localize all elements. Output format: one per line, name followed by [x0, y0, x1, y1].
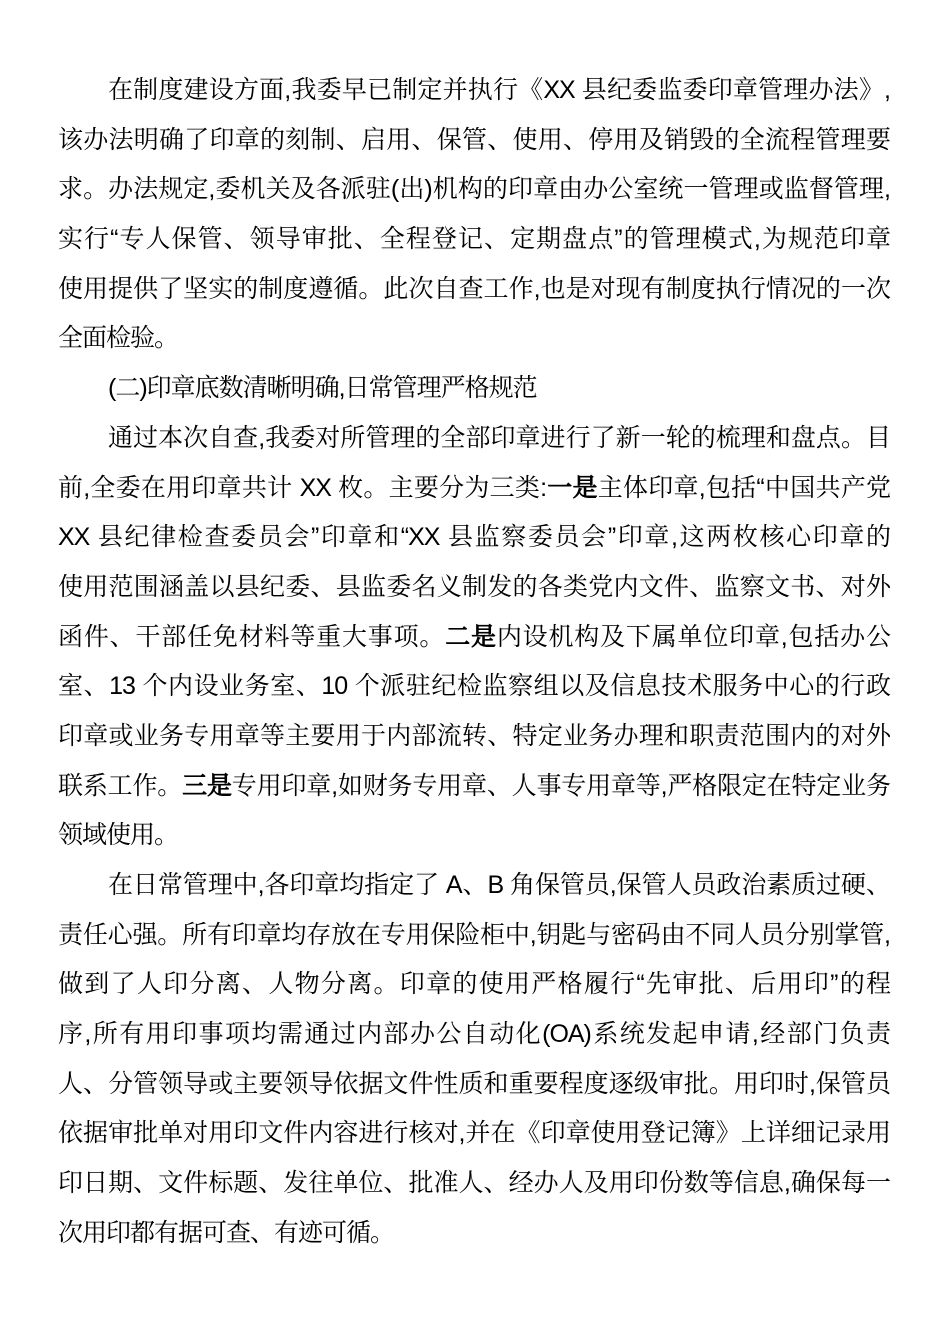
- text-line: 印章或业务专用章等主要用于内部流转、特定业务办理和职责范围内的对外: [58, 712, 890, 762]
- text-segment: 次用印都有据可查、有迹可循。: [58, 1219, 394, 1247]
- text-segment: 领域使用。: [58, 821, 178, 849]
- text-segment: 在制度建设方面,我委早已制定并执行《XX 县纪委监委印章管理办法》,: [108, 76, 890, 104]
- text-segment: 该办法明确了印章的刻制、启用、保管、使用、停用及销毁的全流程管理要: [58, 126, 890, 154]
- text-line: 领域使用。: [58, 811, 890, 861]
- text-line: 在制度建设方面,我委早已制定并执行《XX 县纪委监委印章管理办法》,: [58, 66, 890, 116]
- document-page: 在制度建设方面,我委早已制定并执行《XX 县纪委监委印章管理办法》,该办法明确了…: [0, 0, 950, 1344]
- text-segment: XX 县纪律检查委员会”印章和“XX 县监察委员会”印章,这两枚核心印章的: [58, 523, 890, 551]
- text-segment: 人、分管领导或主要领导依据文件性质和重要程度逐级审批。用印时,保管员: [58, 1070, 890, 1098]
- section-heading: (二)印章底数清晰明确,日常管理严格规范: [58, 364, 890, 414]
- text-line: 在日常管理中,各印章均指定了 A、B 角保管员,保管人员政治素质过硬、: [58, 861, 890, 911]
- text-line: 责任心强。所有印章均存放在专用保险柜中,钥匙与密码由不同人员分别掌管,: [58, 911, 890, 961]
- bold-emphasis: 一是: [546, 474, 598, 502]
- text-segment: 专用印章,如财务专用章、人事专用章等,严格限定在特定业务: [232, 772, 890, 800]
- text-line: 人、分管领导或主要领导依据文件性质和重要程度逐级审批。用印时,保管员: [58, 1060, 890, 1110]
- text-line: 通过本次自查,我委对所管理的全部印章进行了新一轮的梳理和盘点。目: [58, 414, 890, 464]
- text-segment: 主体印章,包括“中国共产党: [598, 474, 890, 502]
- text-segment: 内设机构及下属单位印章,包括办公: [497, 623, 890, 651]
- bold-emphasis: 二是: [445, 623, 497, 651]
- text-line: 印日期、文件标题、发往单位、批准人、经办人及用印份数等信息,确保每一: [58, 1159, 890, 1209]
- text-line: 依据审批单对用印文件内容进行核对,并在《印章使用登记簿》上详细记录用: [58, 1109, 890, 1159]
- bold-emphasis: 三是: [182, 772, 232, 800]
- text-line: 全面检验。: [58, 314, 890, 364]
- document-body: 在制度建设方面,我委早已制定并执行《XX 县纪委监委印章管理办法》,该办法明确了…: [58, 66, 890, 1259]
- text-segment: 前,全委在用印章共计 XX 枚。主要分为三类:: [58, 474, 546, 502]
- text-segment: 做到了人印分离、人物分离。印章的使用严格履行“先审批、后用印”的程: [58, 970, 890, 998]
- text-segment: 实行“专人保管、领导审批、全程登记、定期盘点”的管理模式,为规范印章: [58, 225, 890, 253]
- text-line: 前,全委在用印章共计 XX 枚。主要分为三类:一是主体印章,包括“中国共产党: [58, 464, 890, 514]
- text-segment: 依据审批单对用印文件内容进行核对,并在《印章使用登记簿》上详细记录用: [58, 1119, 890, 1147]
- text-segment: 通过本次自查,我委对所管理的全部印章进行了新一轮的梳理和盘点。目: [108, 424, 890, 452]
- text-segment: 序,所有用印事项均需通过内部办公自动化(OA)系统发起申请,经部门负责: [58, 1020, 890, 1048]
- text-segment: 责任心强。所有印章均存放在专用保险柜中,钥匙与密码由不同人员分别掌管,: [58, 921, 890, 949]
- text-segment: 求。办法规定,委机关及各派驻(出)机构的印章由办公室统一管理或监督管理,: [58, 175, 890, 203]
- text-segment: 联系工作。: [58, 772, 182, 800]
- text-segment: 印章或业务专用章等主要用于内部流转、特定业务办理和职责范围内的对外: [58, 722, 890, 750]
- text-line: 使用提供了坚实的制度遵循。此次自查工作,也是对现有制度执行情况的一次: [58, 265, 890, 315]
- text-segment: 印日期、文件标题、发往单位、批准人、经办人及用印份数等信息,确保每一: [58, 1169, 890, 1197]
- text-line: XX 县纪律检查委员会”印章和“XX 县监察委员会”印章,这两枚核心印章的: [58, 513, 890, 563]
- text-segment: 使用提供了坚实的制度遵循。此次自查工作,也是对现有制度执行情况的一次: [58, 275, 890, 303]
- text-line: 室、13 个内设业务室、10 个派驻纪检监察组以及信息技术服务中心的行政: [58, 662, 890, 712]
- text-segment: 使用范围涵盖以县纪委、县监委名义制发的各类党内文件、监察文书、对外: [58, 573, 890, 601]
- text-line: 使用范围涵盖以县纪委、县监委名义制发的各类党内文件、监察文书、对外: [58, 563, 890, 613]
- text-segment: 室、13 个内设业务室、10 个派驻纪检监察组以及信息技术服务中心的行政: [58, 672, 890, 700]
- text-line: 函件、干部任免材料等重大事项。二是内设机构及下属单位印章,包括办公: [58, 613, 890, 663]
- text-segment: (二)印章底数清晰明确,日常管理严格规范: [108, 374, 537, 402]
- text-line: 做到了人印分离、人物分离。印章的使用严格履行“先审批、后用印”的程: [58, 960, 890, 1010]
- text-line: 求。办法规定,委机关及各派驻(出)机构的印章由办公室统一管理或监督管理,: [58, 165, 890, 215]
- text-segment: 在日常管理中,各印章均指定了 A、B 角保管员,保管人员政治素质过硬、: [108, 871, 890, 899]
- text-line: 实行“专人保管、领导审批、全程登记、定期盘点”的管理模式,为规范印章: [58, 215, 890, 265]
- text-line: 联系工作。三是专用印章,如财务专用章、人事专用章等,严格限定在特定业务: [58, 762, 890, 812]
- text-line: 次用印都有据可查、有迹可循。: [58, 1209, 890, 1259]
- text-segment: 函件、干部任免材料等重大事项。: [58, 623, 445, 651]
- text-line: 序,所有用印事项均需通过内部办公自动化(OA)系统发起申请,经部门负责: [58, 1010, 890, 1060]
- text-segment: 全面检验。: [58, 324, 178, 352]
- text-line: 该办法明确了印章的刻制、启用、保管、使用、停用及销毁的全流程管理要: [58, 116, 890, 166]
